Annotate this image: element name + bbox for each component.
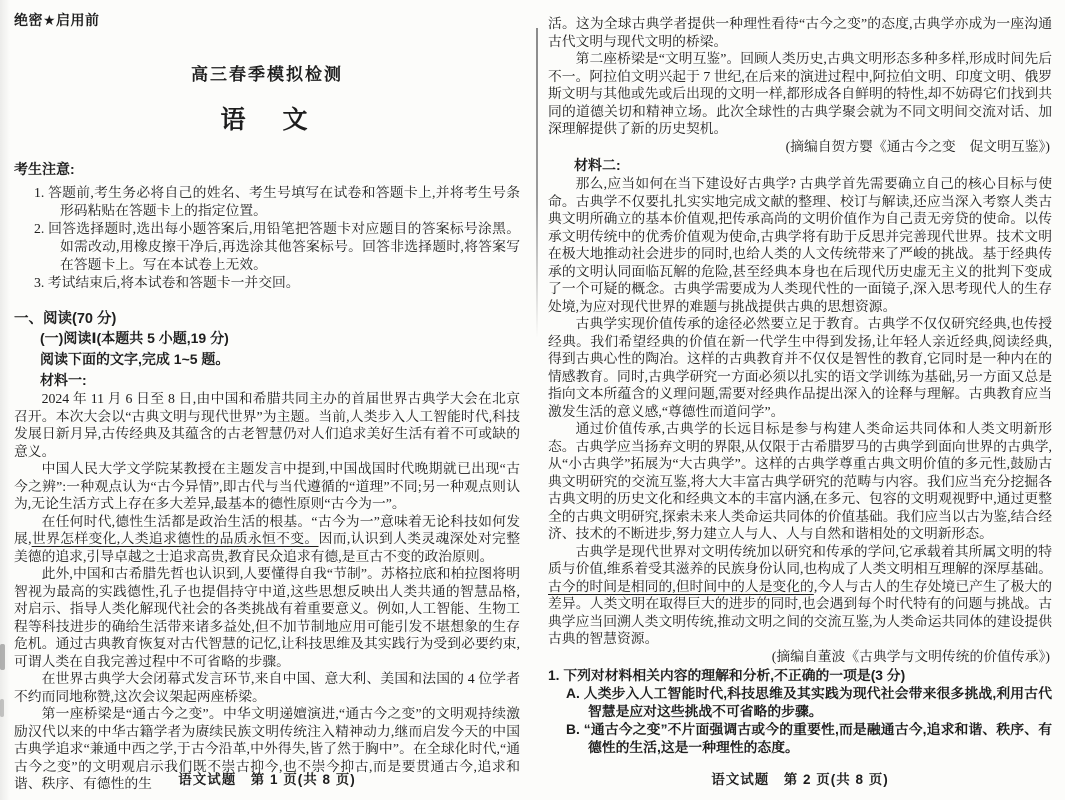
material-1-paragraph-4: 此外,中国和古希腊先哲也认识到,人要懂得自我“节制”。苏格拉底和柏拉图将明智视为… — [14, 565, 520, 670]
scan-artifact — [0, 644, 5, 670]
page-1: 绝密★启用前 高三春季模拟检测 语 文 考生注意: 1. 答题前,考生务必将自己… — [14, 0, 520, 800]
question-1-option-b: B. “通古今之变”不片面强调古或今的重要性,而是融通古今,追求和谐、秩序、有德… — [566, 721, 1052, 757]
security-marking: 绝密★启用前 — [14, 10, 520, 30]
page-1-footer: 语文试题 第 1 页(共 8 页) — [14, 768, 520, 788]
material-2-paragraph-1: 那么,应当如何在当下建设好古典学? 古典学首先需要确立自己的核心目标与使命。古典… — [548, 175, 1052, 315]
material-1-paragraph-5: 在世界古典学大会闭幕式发言环节,来自中国、意大利、美国和法国的 4 位学者不约而… — [14, 670, 520, 705]
material-2-attribution: (摘编自董波《古典学与文明传统的价值传承》) — [548, 648, 1052, 666]
scan-edge-shade — [0, 0, 10, 800]
exam-paper-scan: 绝密★启用前 高三春季模拟检测 语 文 考生注意: 1. 答题前,考生务必将自己… — [0, 0, 1065, 800]
candidate-notice-heading: 考生注意: — [14, 159, 520, 179]
subject-title: 语 文 — [14, 100, 520, 136]
material-1-attribution: (摘编自贺方婴《通古今之变 促文明互鉴》) — [548, 138, 1052, 156]
subsection-title: (一)阅读Ⅰ(本题共 5 小题,19 分) — [14, 328, 520, 349]
question-1-stem: 1. 下列对材料相关内容的理解和分析,不正确的一项是(3 分) — [548, 667, 1052, 685]
scan-artifact — [0, 699, 4, 717]
material-2-paragraph-4: 古典学是现代世界对文明传统加以研究和传承的学问,它承载着其所属文明的特质与价值,… — [548, 543, 1052, 648]
section-1-title: 一、阅读(70 分) — [14, 307, 520, 328]
material-1-paragraph-1: 2024 年 11 月 6 日至 8 日,由中国和希腊共同主办的首届世界古典学大… — [14, 390, 520, 460]
question-1-option-a: A. 人类步入人工智能时代,科技思维及其实践为现代社会带来很多挑战,利用古代智慧… — [566, 685, 1052, 721]
page-fold-line — [536, 28, 538, 338]
notice-item-3: 3. 考试结束后,将本试卷和答题卡一并交回。 — [34, 274, 520, 292]
notice-item-1: 1. 答题前,考生务必将自己的姓名、考生号填写在试卷和答题卡上,并将考生号条形码… — [34, 184, 520, 220]
exam-title: 高三春季模拟检测 — [14, 60, 520, 85]
material-2-paragraph-3: 通过价值传承,古典学的长远目标是参与构建人类命运共同体和人类文明新形态。古典学应… — [548, 420, 1052, 543]
material-2-paragraph-2: 古典学实现价值传承的途径必然要立足于教育。古典学不仅仅研究经典,也传授经典。我们… — [548, 315, 1052, 420]
reading-instruction: 阅读下面的文字,完成 1~5 题。 — [14, 349, 520, 370]
material-1-paragraph-2: 中国人民大学文学院某教授在主题发言中提到,中国战国时代晚期就已出现“古今之辨”:… — [14, 460, 520, 513]
material-1-continuation: 活。这为全球古典学者提供一种理性看待“古今之变”的态度,古典学亦成为一座沟通古代… — [548, 15, 1052, 50]
material-1-paragraph-3: 在任何时代,德性生活都是政治生活的根基。“古今为一”意味着无论科技如何发展,世界… — [14, 513, 520, 566]
material-2-label: 材料二: — [548, 155, 1052, 175]
page-2: 活。这为全球古典学者提供一种理性看待“古今之变”的态度,古典学亦成为一座沟通古代… — [548, 0, 1052, 800]
material-1-paragraph-7: 第二座桥梁是“文明互鉴”。回顾人类历史,古典文明形态多种多样,形成时间先后不一。… — [548, 50, 1052, 138]
material-1-label: 材料一: — [14, 370, 520, 390]
page-2-footer: 语文试题 第 2 页(共 8 页) — [548, 768, 1052, 788]
notice-item-2: 2. 回答选择题时,选出每小题答案后,用铅笔把答题卡对应题目的答案标号涂黑。如需… — [34, 220, 520, 274]
